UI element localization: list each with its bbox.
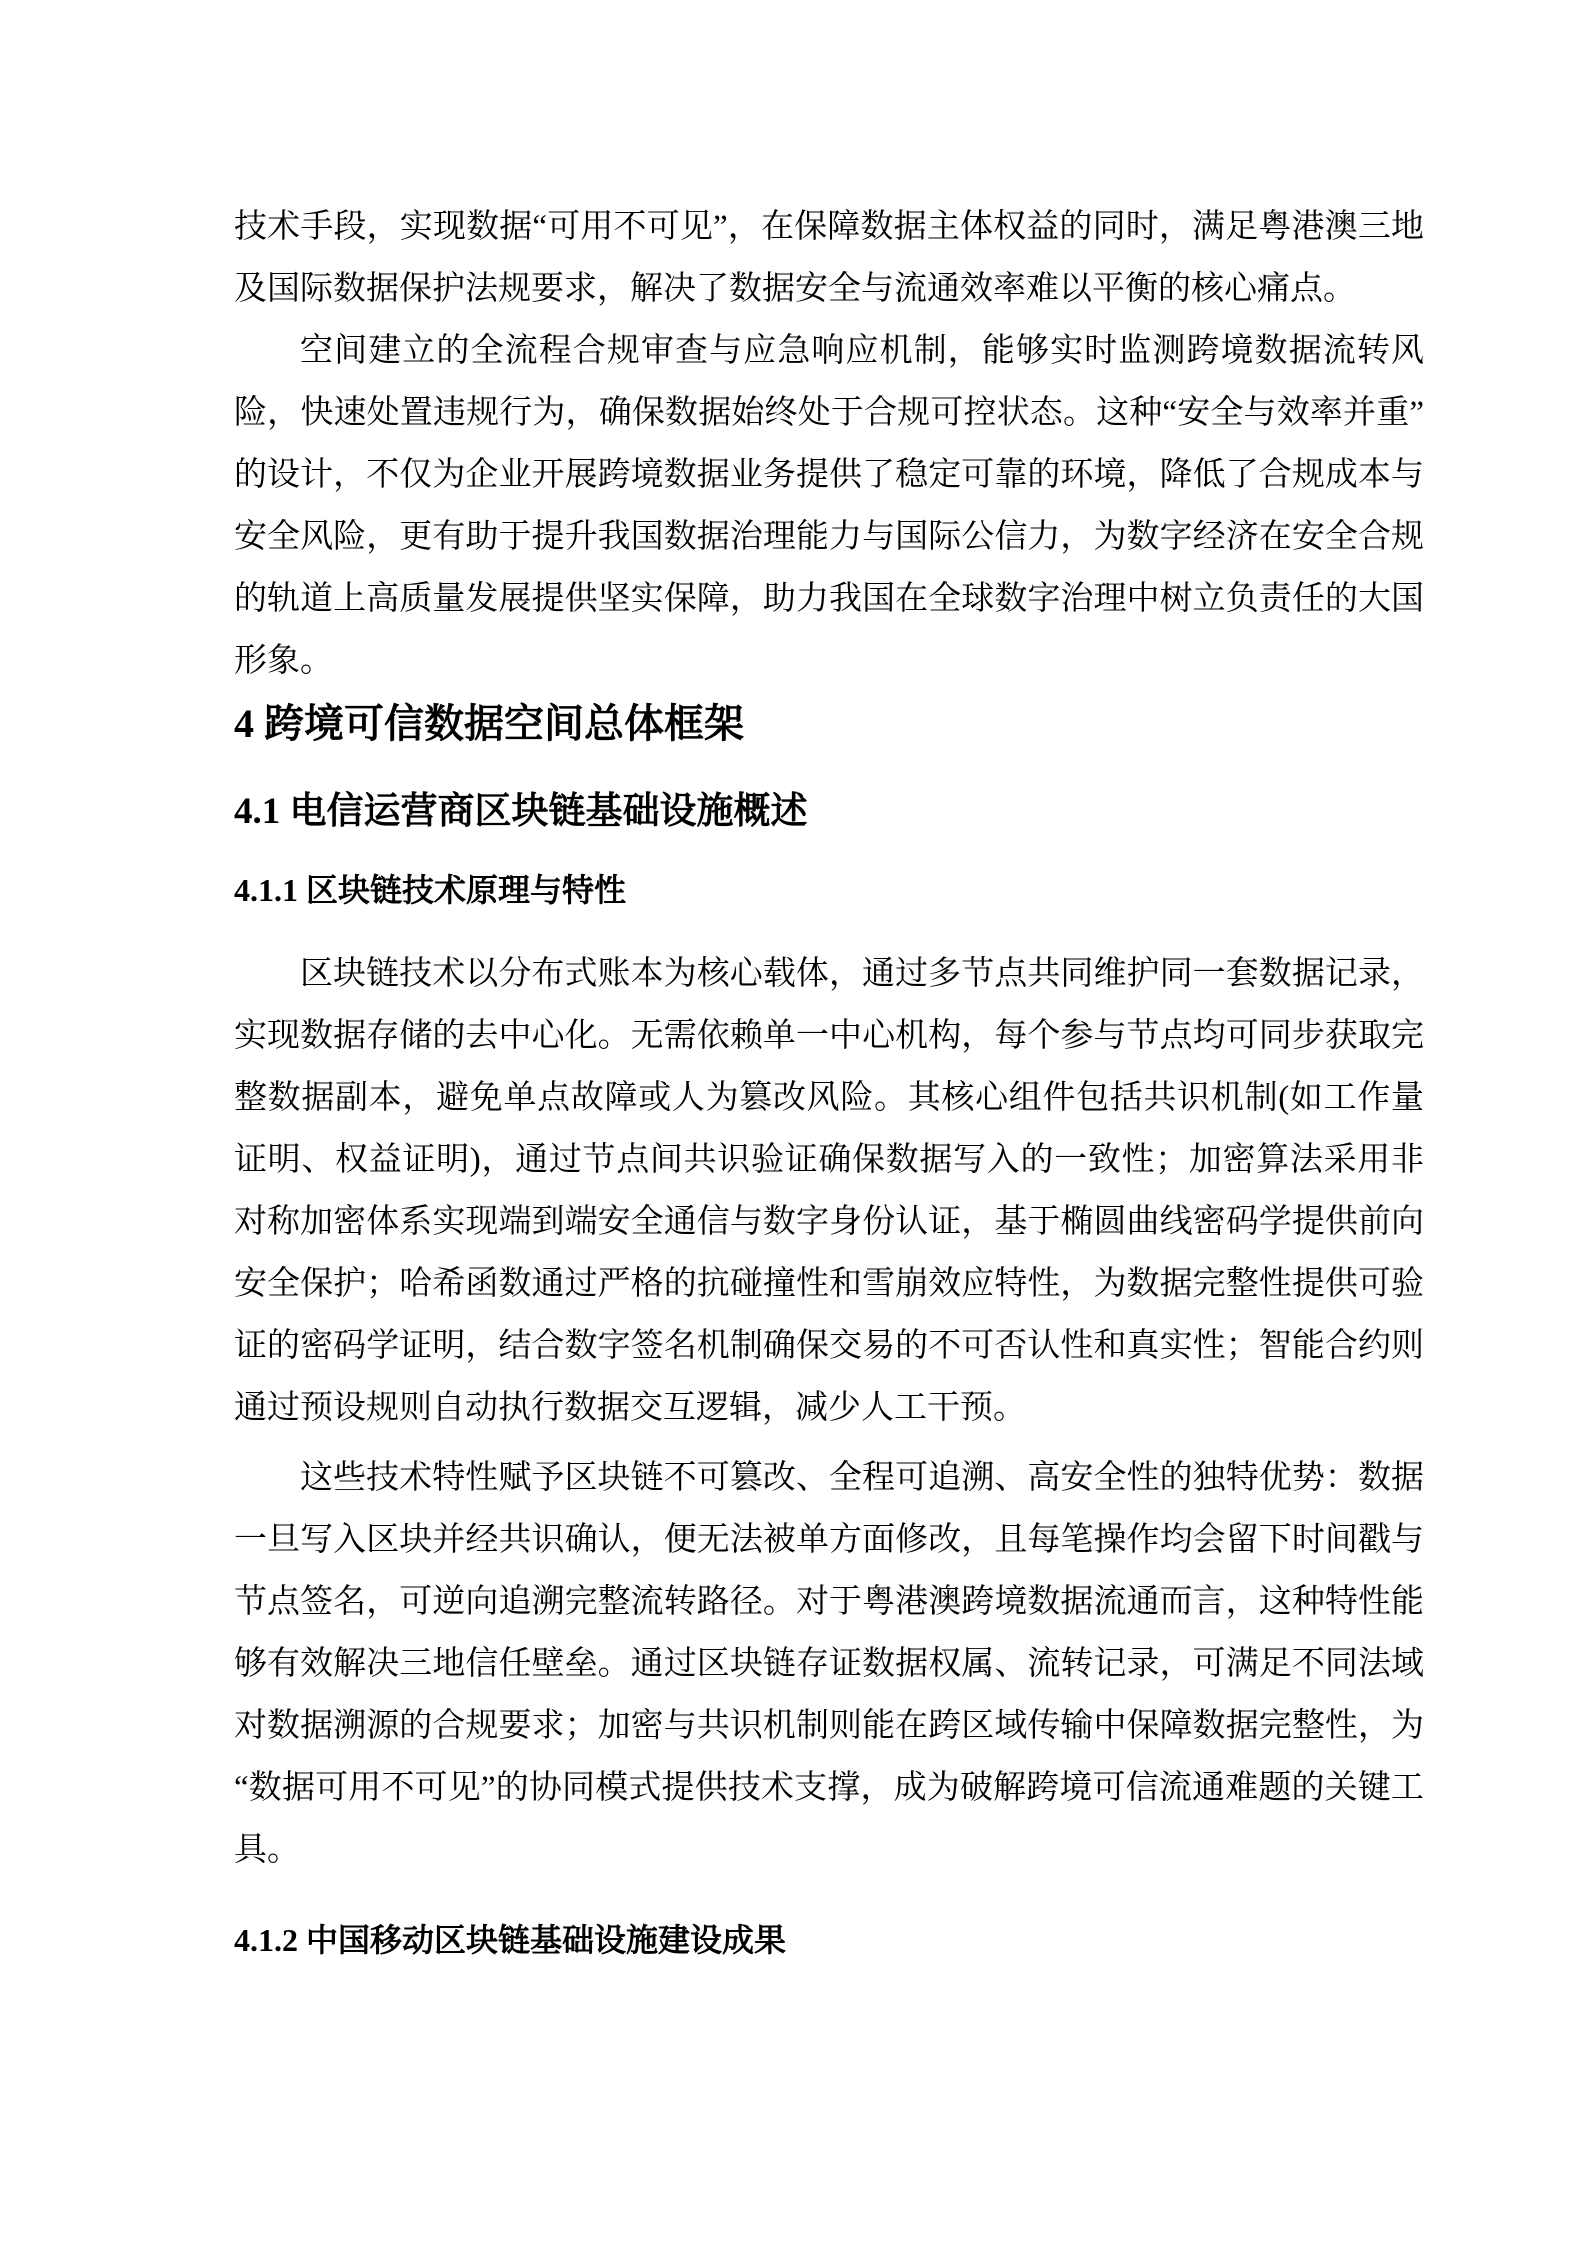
heading-subsection-4-1-1: 4.1.1 区块链技术原理与特性 xyxy=(234,868,1424,912)
paragraph-blockchain-principles: 区块链技术以分布式账本为核心载体，通过多节点共同维护同一套数据记录，实现数据存储… xyxy=(234,943,1424,1439)
paragraph-continuation: 技术手段，实现数据“可用不可见”，在保障数据主体权益的同时，满足粤港澳三地及国际… xyxy=(234,196,1424,320)
paragraph-compliance-mechanism: 空间建立的全流程合规审查与应急响应机制，能够实时监测跨境数据流转风险，快速处置违… xyxy=(234,320,1424,692)
paragraph-blockchain-advantages: 这些技术特性赋予区块链不可篡改、全程可追溯、高安全性的独特优势：数据一旦写入区块… xyxy=(234,1447,1424,1881)
heading-chapter-4: 4 跨境可信数据空间总体框架 xyxy=(234,698,1424,750)
heading-subsection-4-1-2: 4.1.2 中国移动区块链基础设施建设成果 xyxy=(234,1918,1424,1962)
document-content: 技术手段，实现数据“可用不可见”，在保障数据主体权益的同时，满足粤港澳三地及国际… xyxy=(234,0,1424,1962)
heading-section-4-1: 4.1 电信运营商区块链基础设施概述 xyxy=(234,788,1424,836)
document-page: 技术手段，实现数据“可用不可见”，在保障数据主体权益的同时，满足粤港澳三地及国际… xyxy=(0,0,1587,2245)
